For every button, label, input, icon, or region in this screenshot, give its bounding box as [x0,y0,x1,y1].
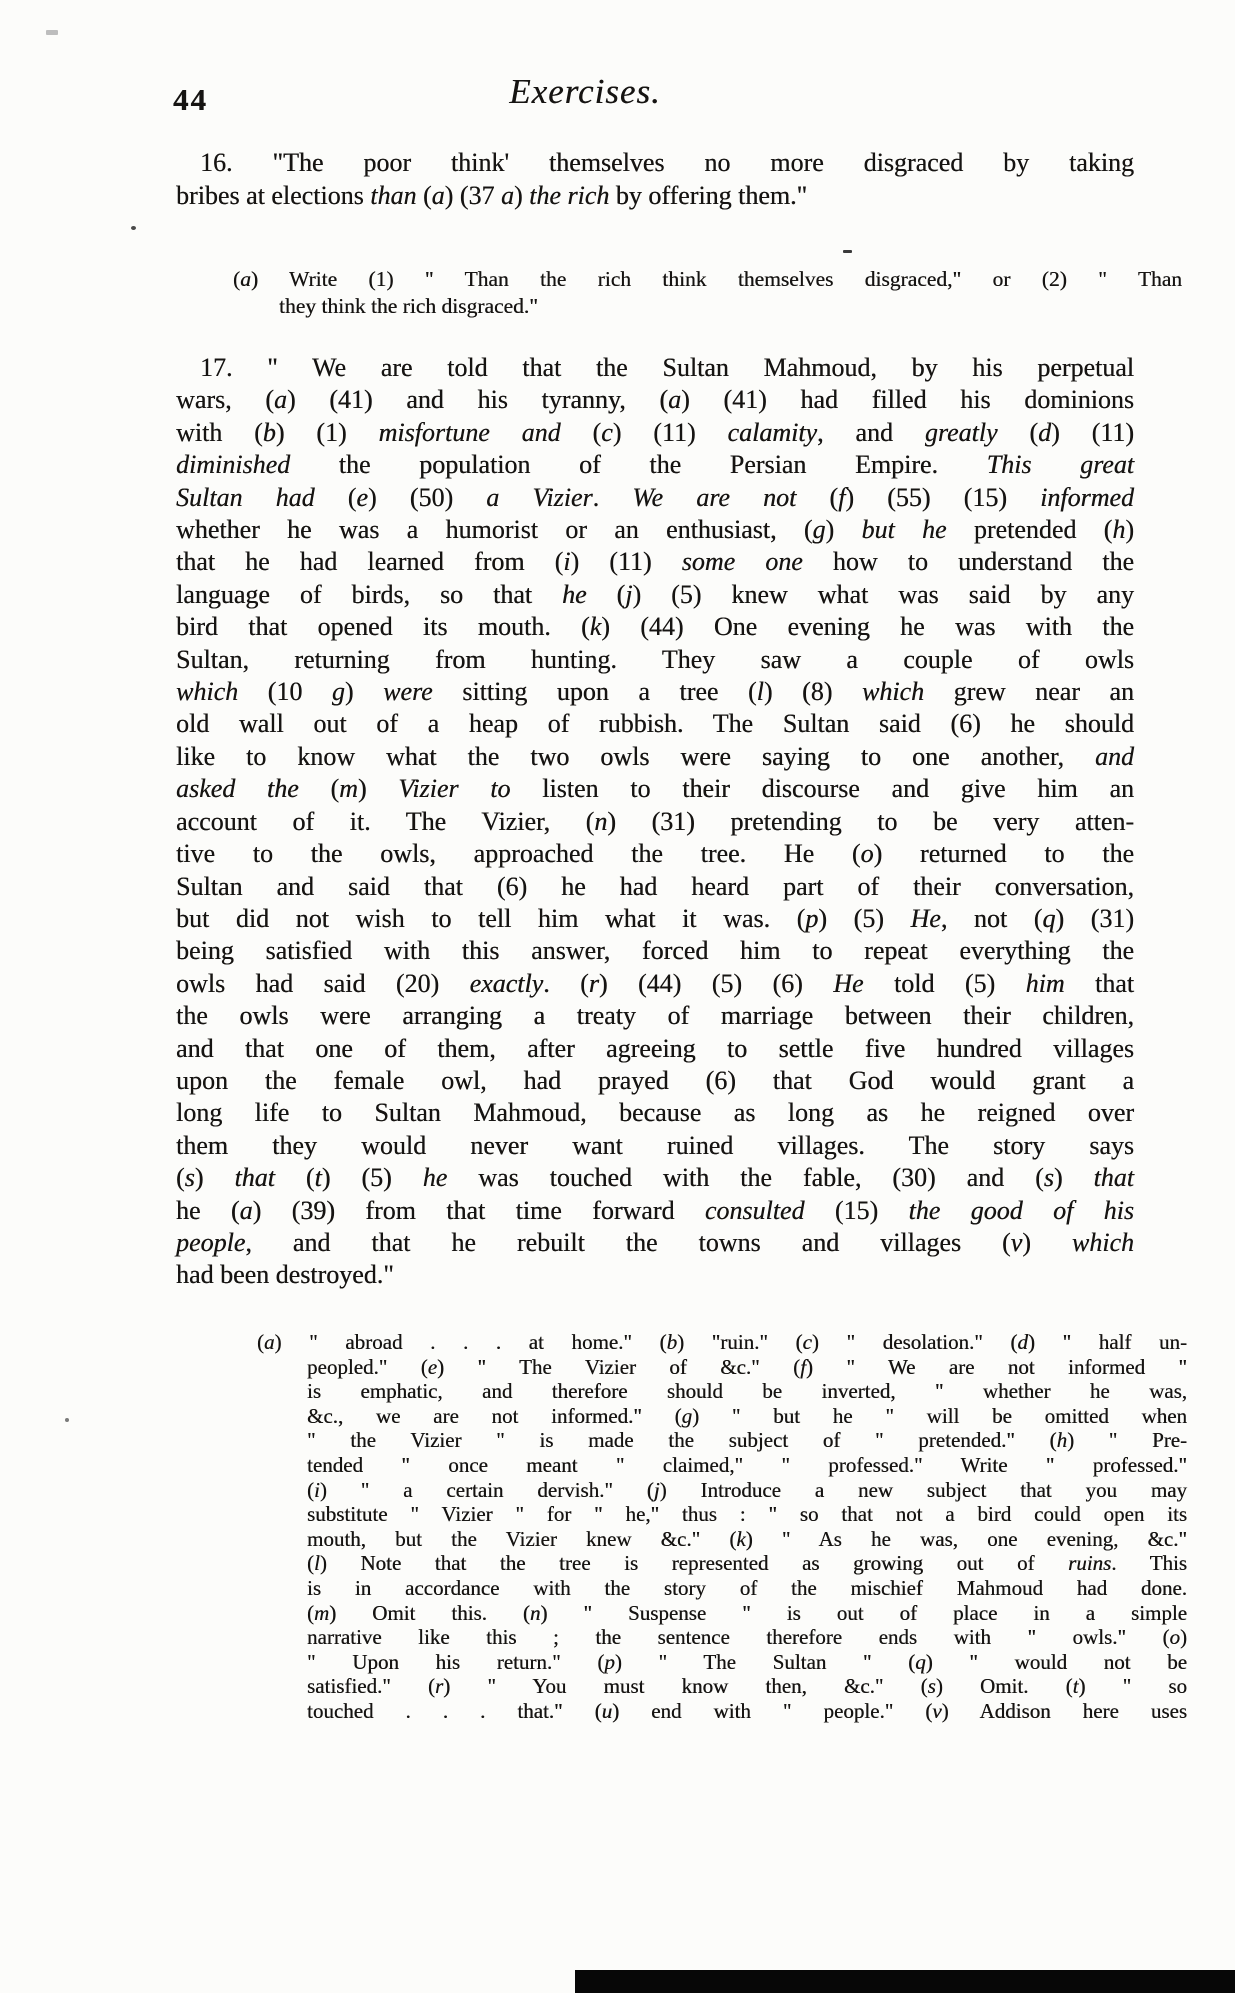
scan-speck [843,250,852,253]
scan-speck [65,1418,69,1422]
scanned-book-page: 44 Exercises. 16. "The poor think' thems… [0,0,1235,1993]
exercise-16-paragraph: 16. "The poor think' themselves no more … [176,146,1134,212]
scan-speck [131,226,136,230]
exercise-16-note: (a) Write (1) " Than the rich think them… [233,266,1182,320]
scan-artifact-bar [575,1970,1235,1993]
scan-speck [46,30,58,35]
footnotes-block: (a) " abroad . . . at home." (b) "ruin."… [257,1330,1187,1724]
running-title: Exercises. [170,72,1000,112]
exercise-17-paragraph: 17. " We are told that the Sultan Mahmou… [176,352,1134,1292]
